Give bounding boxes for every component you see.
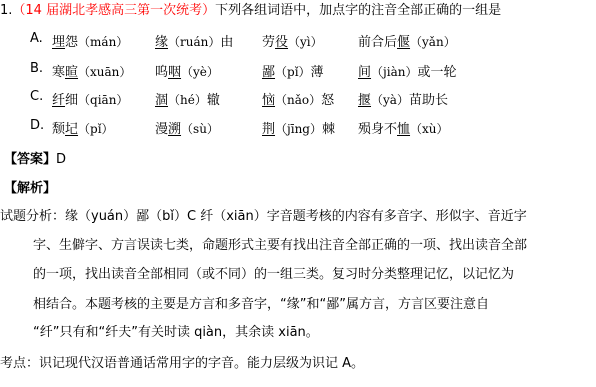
pinyin: （hé） bbox=[168, 93, 207, 107]
dotted-char: 咽 bbox=[168, 65, 181, 80]
question-prompt: 下列各组词语中，加点字的注音全部正确的一组是 bbox=[215, 3, 501, 18]
dotted-char: 恼 bbox=[262, 93, 275, 108]
word-part: 怨 bbox=[65, 35, 78, 50]
analysis-line-3: 的一项，找出读音全部相同（或不同）的一组三类。复习时分类整理记忆，以记忆为 bbox=[33, 266, 514, 284]
dotted-char: 涸 bbox=[155, 93, 168, 108]
analysis-line-5: “纤”只有和“纤夫”有关时读 qiàn，其余读 xiān。 bbox=[33, 324, 319, 342]
analysis-line-1: 试题分析：缘（yuán）鄙（bǐ）C 纤（xiān）字音题考核的内容有多音字、形… bbox=[0, 208, 527, 226]
option-word: 鄙（pǐ）薄 bbox=[262, 61, 324, 80]
option-word: 漫溯（sù） bbox=[155, 118, 219, 137]
option-word: 寒暄（xuān） bbox=[52, 61, 131, 80]
word-part: 辙 bbox=[207, 93, 220, 108]
word-part: 劳 bbox=[262, 35, 275, 50]
option-word: 荆（jīng）棘 bbox=[262, 118, 335, 137]
word-part: 细 bbox=[65, 93, 78, 108]
dotted-char: 鄙 bbox=[262, 65, 275, 80]
word-part: 由 bbox=[220, 35, 233, 50]
option-word: 殒身不恤（xù） bbox=[358, 118, 449, 137]
answer-line: 【答案】D bbox=[4, 151, 66, 169]
dotted-char: 溯 bbox=[168, 122, 181, 137]
dotted-char: 暄 bbox=[65, 65, 78, 80]
word-part: 怒 bbox=[321, 93, 334, 108]
option-word: 颓圮（pǐ） bbox=[52, 118, 114, 137]
option-word: 纤细（qiān） bbox=[52, 89, 128, 108]
option-word: 涸（hé）辙 bbox=[155, 89, 220, 108]
pinyin: （mán） bbox=[78, 35, 128, 49]
option-label: B. bbox=[30, 61, 43, 76]
option-word: 前合后偃（yǎn） bbox=[358, 31, 456, 50]
word-part: 颓 bbox=[52, 122, 65, 137]
question-source: （14 届湖北孝感高三第一次统考） bbox=[12, 3, 215, 18]
analysis-heading: 【解析】 bbox=[4, 181, 56, 196]
option-label: D. bbox=[30, 118, 44, 133]
pinyin: （yà） bbox=[371, 93, 409, 107]
dotted-char: 揠 bbox=[358, 93, 371, 108]
word-part: 或一轮 bbox=[417, 65, 456, 80]
dotted-char: 圮 bbox=[65, 122, 78, 137]
question-number: 1. bbox=[0, 3, 12, 18]
dotted-char: 偃 bbox=[397, 35, 410, 50]
word-part: 漫 bbox=[155, 122, 168, 137]
kaodian-line: 考点：识记现代汉语普通话常用字的字音。能力层级为识记 A。 bbox=[0, 355, 364, 373]
analysis-line-2: 字、生僻字、方言误读七类，命题形式主要有找出注音全部正确的一项、找出读音全部 bbox=[33, 237, 527, 255]
answer-heading: 【答案】 bbox=[4, 152, 56, 167]
pinyin: （xù） bbox=[410, 122, 449, 136]
analysis-line-4: 相结合。本题考核的主要是方言和多音字，“缘”和“鄙”属方言，方言区要注意自 bbox=[33, 296, 489, 314]
pinyin: （jiàn） bbox=[371, 65, 417, 79]
option-word: 呜咽（yè） bbox=[155, 61, 219, 80]
dotted-char: 间 bbox=[358, 65, 371, 80]
word-part: 寒 bbox=[52, 65, 65, 80]
option-word: 劳役（yì） bbox=[262, 31, 323, 50]
pinyin: （nǎo） bbox=[275, 93, 321, 107]
pinyin: （ruán） bbox=[168, 35, 220, 49]
pinyin: （yǎn） bbox=[410, 35, 456, 49]
pinyin: （yè） bbox=[181, 65, 219, 79]
word-part: 苗助长 bbox=[409, 93, 448, 108]
word-part: 殒身不 bbox=[358, 122, 397, 137]
word-part: 前合后 bbox=[358, 35, 397, 50]
word-part: 呜 bbox=[155, 65, 168, 80]
option-word: 缘（ruán）由 bbox=[155, 31, 233, 50]
pinyin: （xuān） bbox=[78, 65, 131, 79]
option-word: 恼（nǎo）怒 bbox=[262, 89, 334, 108]
option-word: 埋怨（mán） bbox=[52, 31, 128, 50]
word-part: 薄 bbox=[311, 65, 324, 80]
option-word: 揠（yà）苗助长 bbox=[358, 89, 448, 108]
analysis-heading-line: 【解析】 bbox=[4, 180, 56, 198]
pinyin: （yì） bbox=[288, 35, 323, 49]
option-word: 间（jiàn）或一轮 bbox=[358, 61, 456, 80]
dotted-char: 纤 bbox=[52, 93, 65, 108]
dotted-char: 缘 bbox=[155, 35, 168, 50]
answer-value: D bbox=[56, 152, 66, 167]
pinyin: （pǐ） bbox=[78, 122, 114, 136]
dotted-char: 荆 bbox=[262, 122, 275, 137]
pinyin: （jīng） bbox=[275, 122, 322, 136]
pinyin: （qiān） bbox=[78, 93, 128, 107]
pinyin: （pǐ） bbox=[275, 65, 311, 79]
dotted-char: 役 bbox=[275, 35, 288, 50]
question-header: 1.（14 届湖北孝感高三第一次统考）下列各组词语中，加点字的注音全部正确的一组… bbox=[0, 2, 501, 20]
pinyin: （sù） bbox=[181, 122, 219, 136]
dotted-char: 埋 bbox=[52, 35, 65, 50]
option-label: C. bbox=[30, 89, 43, 104]
option-label: A. bbox=[30, 31, 43, 46]
dotted-char: 恤 bbox=[397, 122, 410, 137]
word-part: 棘 bbox=[322, 122, 335, 137]
